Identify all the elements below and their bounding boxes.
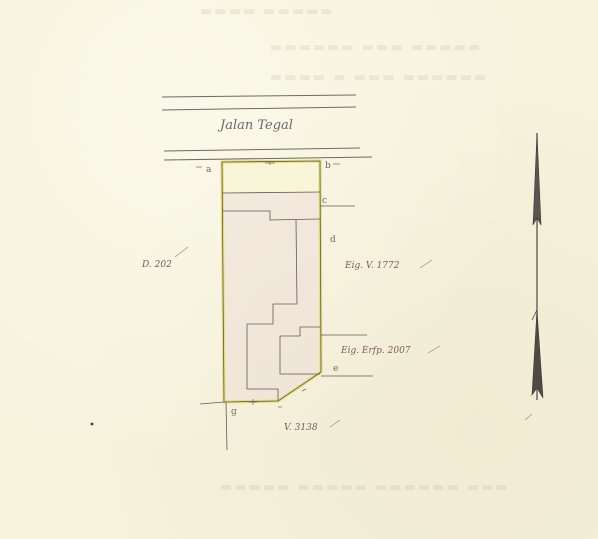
plot-drawing	[0, 0, 598, 539]
street-name-label: Jalan Tegal	[220, 118, 293, 133]
east-lower-lot-label: Eig. Erfp. 2007	[341, 346, 411, 356]
corner-marker-a: a	[206, 165, 211, 175]
paper-sheet: ▬▬▬▬ ▬▬▬▬▬ ▬▬▬▬▬▬ ▬▬▬ ▬▬▬▬▬ ▬▬▬▬ ▬ ▬▬▬ ▬…	[0, 0, 598, 539]
corner-marker-g: g	[231, 407, 237, 417]
ink-dot	[91, 423, 94, 426]
corner-marker-b: b	[325, 161, 331, 171]
west-lot-label: D. 202	[142, 260, 172, 270]
east-upper-lot-label: Eig. V. 1772	[345, 261, 399, 271]
north-arrow-icon	[532, 133, 543, 400]
parcel-fill	[222, 161, 321, 402]
corner-marker-d: d	[330, 235, 336, 245]
corner-marker-c: c	[322, 196, 327, 206]
corner-marker-e: e	[333, 364, 338, 374]
south-lot-label: V. 3138	[284, 423, 318, 433]
